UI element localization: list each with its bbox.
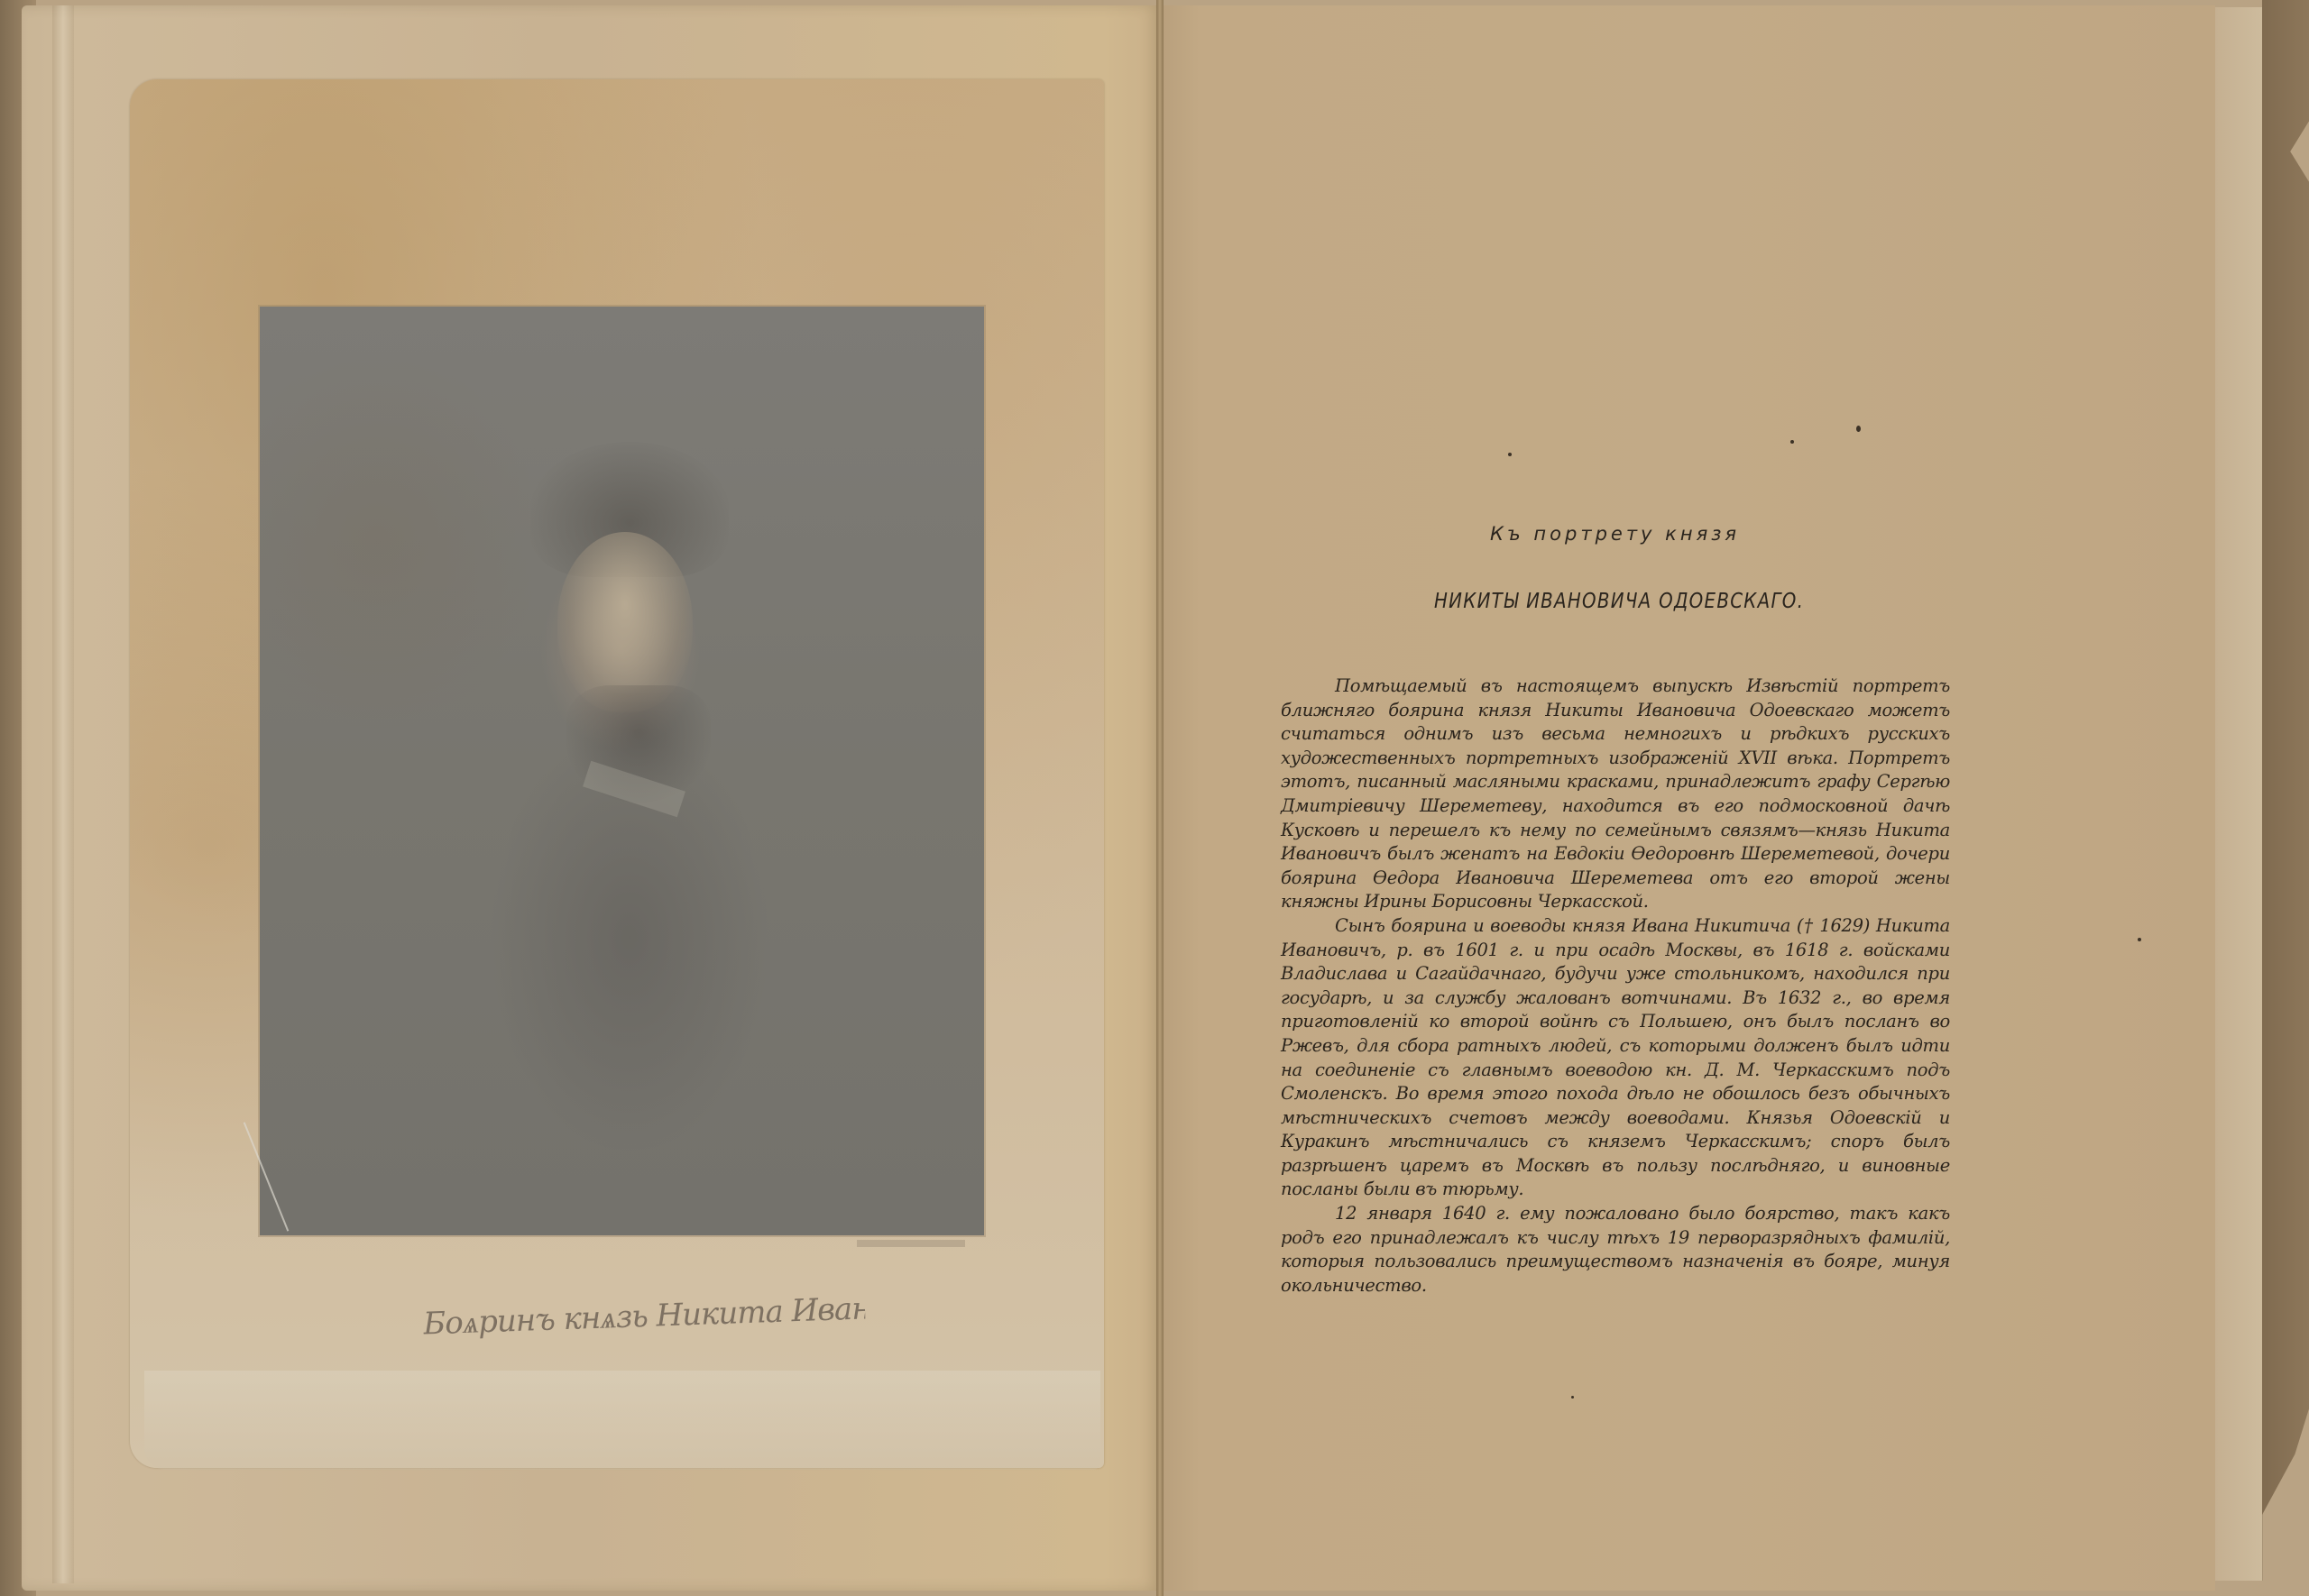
right-page-edge <box>2215 7 2263 1581</box>
handwritten-signature: Боѧринъ кнѧзь Никита Ивановичъ Одоевскій <box>423 1290 868 1387</box>
article-heading-line-2: НИКИТЫ ИВАНОВИЧА ОДОЕВСКАГО. <box>1434 590 1804 613</box>
left-page-fold <box>52 5 74 1583</box>
paragraph: Сынъ боярина и воеводы князя Ивана Никит… <box>1281 914 1950 1202</box>
paper-speck <box>1571 1396 1574 1399</box>
paper-speck <box>1790 440 1794 444</box>
paper-speck <box>1856 426 1861 432</box>
book-spine <box>1156 0 1164 1596</box>
article-heading-line-1: Къ портрету князя <box>1490 523 1740 545</box>
paper-speck <box>2138 938 2141 941</box>
paragraph: 12 января 1640 г. ему пожаловано было бо… <box>1281 1202 1950 1298</box>
paragraph: Помѣщаемый въ настоящемъ выпускѣ Извѣсті… <box>1281 674 1950 914</box>
plate-caption <box>857 1240 965 1247</box>
right-cover-board <box>2262 0 2309 1515</box>
paper-speck <box>1508 453 1512 456</box>
article-body: Помѣщаемый въ настоящемъ выпускѣ Извѣсті… <box>1281 674 1950 1298</box>
tissue-bottom-fold <box>144 1371 1100 1470</box>
portrait-plate <box>260 307 984 1235</box>
